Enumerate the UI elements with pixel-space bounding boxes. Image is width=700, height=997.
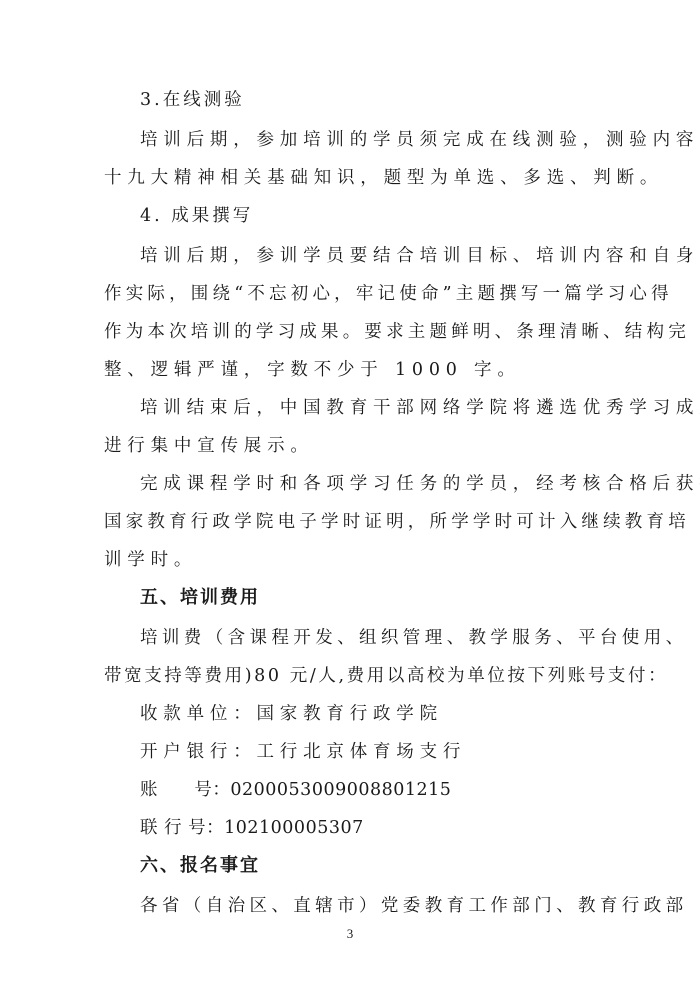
paragraph-line: 进行集中宣传展示。 [104, 434, 594, 458]
paragraph-line: 国家教育行政学院电子学时证明，所学学时可计入继续教育培 [104, 510, 594, 534]
paragraph-line: 训学时。 [104, 548, 594, 572]
section-heading-registration: 六、报名事宜 [140, 854, 630, 878]
paragraph-line: 培训费（含课程开发、组织管理、教学服务、平台使用、 [140, 626, 630, 650]
paragraph-line: 带宽支持等费用)80 元/人,费用以高校为单位按下列账号支付： [104, 664, 594, 688]
bank-line: 开户银行：工行北京体育场支行 [140, 740, 630, 764]
paragraph-line: 作为本次培训的学习成果。要求主题鲜明、条理清晰、结构完 [104, 320, 594, 344]
bank-code-line: 联 行 号：102100005307 [140, 816, 630, 840]
account-number-line: 账 号：0200053009008801215 [140, 778, 630, 802]
paragraph-line: 十九大精神相关基础知识，题型为单选、多选、判断。 [104, 166, 594, 190]
payee-line: 收款单位：国家教育行政学院 [140, 702, 630, 726]
section-heading-training-fee: 五、培训费用 [140, 586, 630, 610]
paragraph-line: 培训结束后，中国教育干部网络学院将遴选优秀学习成果 [140, 396, 630, 420]
subheading-online-test: 3.在线测验 [140, 88, 630, 112]
paragraph-line: 培训后期，参加培训的学员须完成在线测验，测验内容为 [140, 128, 630, 152]
paragraph-line: 培训后期，参训学员要结合培训目标、培训内容和自身工 [140, 244, 630, 268]
paragraph-line: 完成课程学时和各项学习任务的学员，经考核合格后获得 [140, 472, 630, 496]
subheading-results-writing: 4. 成果撰写 [140, 204, 630, 228]
paragraph-line: 整、逻辑严谨，字数不少于 1000 字。 [104, 358, 594, 382]
paragraph-line: 各省（自治区、直辖市）党委教育工作部门、教育行政部 [140, 894, 630, 918]
document-page: 3.在线测验 培训后期，参加培训的学员须完成在线测验，测验内容为 十九大精神相关… [0, 0, 700, 997]
page-number: 3 [0, 926, 700, 942]
paragraph-line: 作实际，围绕“不忘初心，牢记使命”主题撰写一篇学习心得 [104, 282, 594, 306]
